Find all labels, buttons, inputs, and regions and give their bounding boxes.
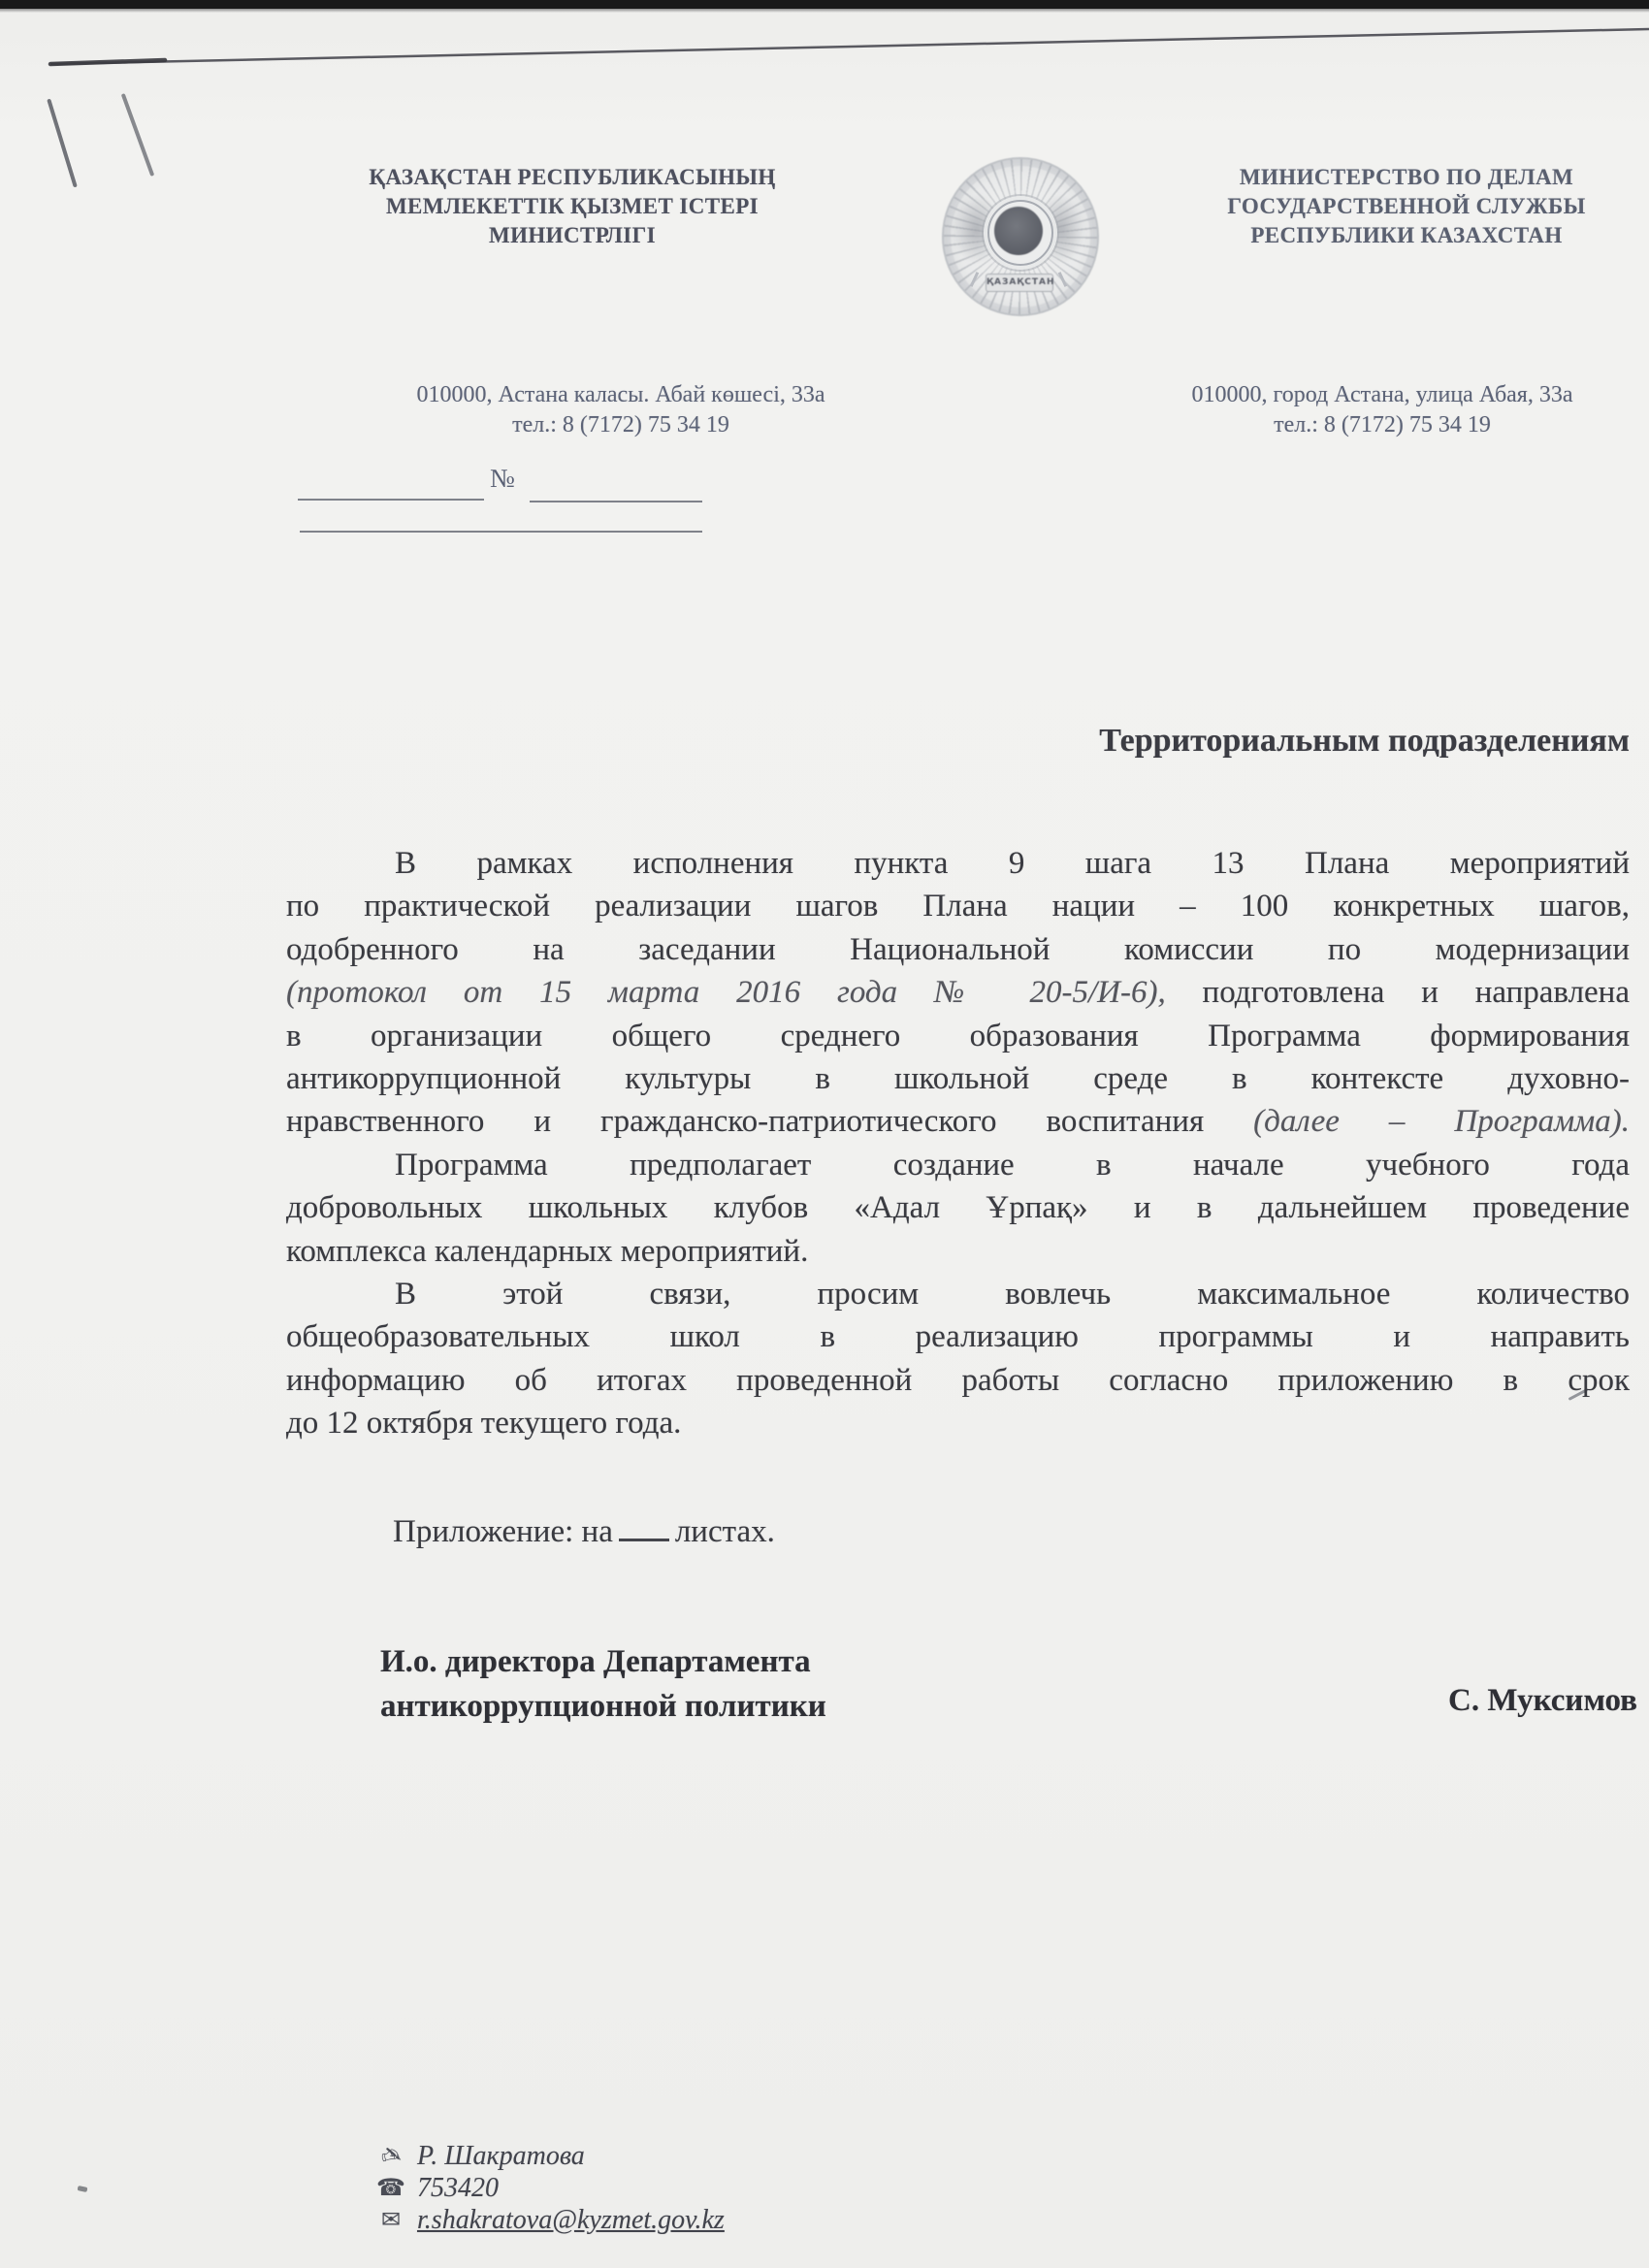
program-reference-italic: (далее – Программа). [1253, 1104, 1630, 1139]
address-russian-line1: 010000, город Астана, улица Абая, 33а [1149, 380, 1615, 410]
signer-position-line2: антикоррупционной политики [380, 1684, 1059, 1729]
body-line: информацию об итогах проведенной работы … [286, 1359, 1630, 1402]
address-kazakh-phone: тел.: 8 (7172) 75 34 19 [378, 410, 863, 440]
executor-phone: 753420 [417, 2172, 499, 2204]
writing-hand-glyph: ✍ [379, 2139, 404, 2173]
address-russian: 010000, город Астана, улица Абая, 33а те… [1149, 380, 1615, 440]
scan-top-edge-shadow [0, 9, 1649, 13]
emblem-ribbon-text: ҚАЗАҚСТАН [986, 274, 1053, 292]
body-line: антикоррупционной культуры в школьной ср… [286, 1057, 1630, 1100]
pen-mark-artifact [121, 93, 155, 177]
letter-body: В рамках исполнения пункта 9 шага 13 Пла… [286, 842, 1630, 1445]
number-blank-line [530, 501, 702, 502]
attachment-note-prefix: Приложение: на [393, 1514, 613, 1549]
body-line: Программа предполагает создание в начале… [286, 1144, 1630, 1186]
signer-position-line1: И.о. директора Департамента [380, 1639, 1059, 1684]
body-line: по практической реализации шагов Плана н… [286, 885, 1630, 927]
body-line-segment: нравственного и гражданско-патриотическо… [286, 1104, 1253, 1139]
body-line: добровольных школьных клубов «Адал Ұрпақ… [286, 1186, 1630, 1229]
org-name-kazakh-line3: МИНИСТРЛІГІ [339, 221, 805, 250]
body-line: одобренного на заседании Национальной ко… [286, 928, 1630, 971]
recipient-line: Территориальным подразделениям [873, 723, 1630, 760]
address-russian-phone: тел.: 8 (7172) 75 34 19 [1149, 410, 1615, 440]
reply-ref-blank-line [300, 531, 702, 533]
emblem-shanyrak-core [994, 207, 1043, 255]
executor-block: ✍ Р. Шакратова ☎ 753420 ✉ r.shakratova@k… [374, 2140, 725, 2236]
attachment-note-suffix: листах. [675, 1514, 775, 1549]
address-kazakh: 010000, Астана каласы. Абай көшесі, 33а … [378, 380, 863, 440]
org-name-russian: МИНИСТЕРСТВО ПО ДЕЛАМ ГОСУДАРСТВЕННОЙ СЛ… [1174, 163, 1639, 250]
address-kazakh-line1: 010000, Астана каласы. Абай көшесі, 33а [378, 380, 863, 410]
kazakhstan-state-emblem-icon: ҚАЗАҚСТАН [942, 157, 1095, 312]
executor-name: Р. Шакратова [417, 2140, 585, 2172]
executor-phone-row: ☎ 753420 [374, 2172, 725, 2204]
phone-icon: ☎ [374, 2172, 407, 2204]
smudge-artifact [78, 2186, 88, 2192]
body-line: В этой связи, просим вовлечь максимально… [286, 1273, 1630, 1315]
body-line: В рамках исполнения пункта 9 шага 13 Пла… [286, 842, 1630, 885]
signer-name: С. Муксимов [1067, 1683, 1637, 1719]
executor-email: r.shakratova@kyzmet.gov.kz [417, 2204, 725, 2236]
body-line: в организации общего среднего образовани… [286, 1015, 1630, 1057]
date-blank-line [298, 499, 484, 501]
scanned-letter-page: ҚАЗАҚСТАН РЕСПУБЛИКАСЫНЫҢ МЕМЛЕКЕТТІК ҚЫ… [0, 0, 1649, 2268]
scan-top-edge [0, 0, 1649, 9]
body-line: комплекса календарных мероприятий. [286, 1230, 1630, 1273]
body-line: до 12 октября текущего года. [286, 1402, 1630, 1444]
signer-position: И.о. директора Департамента антикоррупци… [380, 1639, 1059, 1729]
org-name-kazakh: ҚАЗАҚСТАН РЕСПУБЛИКАСЫНЫҢ МЕМЛЕКЕТТІК ҚЫ… [339, 163, 805, 250]
org-name-russian-line2: ГОСУДАРСТВЕННОЙ СЛУЖБЫ [1174, 192, 1639, 221]
executor-name-row: ✍ Р. Шакратова [374, 2140, 725, 2172]
scan-hairline [0, 0, 1649, 87]
writing-hand-icon: ✍ [374, 2140, 407, 2172]
org-name-russian-line1: МИНИСТЕРСТВО ПО ДЕЛАМ [1174, 163, 1639, 192]
body-line: нравственного и гражданско-патриотическо… [286, 1100, 1630, 1143]
pen-mark-artifact [47, 98, 78, 187]
attachment-note: Приложение: налистах. [393, 1509, 775, 1550]
envelope-icon: ✉ [374, 2204, 407, 2236]
org-name-kazakh-line2: МЕМЛЕКЕТТІК ҚЫЗМЕТ ІСТЕРІ [339, 192, 805, 221]
org-name-russian-line3: РЕСПУБЛИКИ КАЗАХСТАН [1174, 221, 1639, 250]
attachment-sheets-blank [619, 1509, 669, 1541]
ref-number-label: № [490, 464, 515, 494]
protocol-reference-italic: (протокол от 15 марта 2016 года № 20-5/И… [286, 975, 1166, 1010]
org-name-kazakh-line1: ҚАЗАҚСТАН РЕСПУБЛИКАСЫНЫҢ [339, 163, 805, 192]
executor-email-row: ✉ r.shakratova@kyzmet.gov.kz [374, 2204, 725, 2236]
body-line-segment: подготовлена и направлена [1166, 975, 1630, 1010]
body-line: общеобразовательных школ в реализацию пр… [286, 1315, 1630, 1358]
body-line: (протокол от 15 марта 2016 года № 20-5/И… [286, 971, 1630, 1014]
